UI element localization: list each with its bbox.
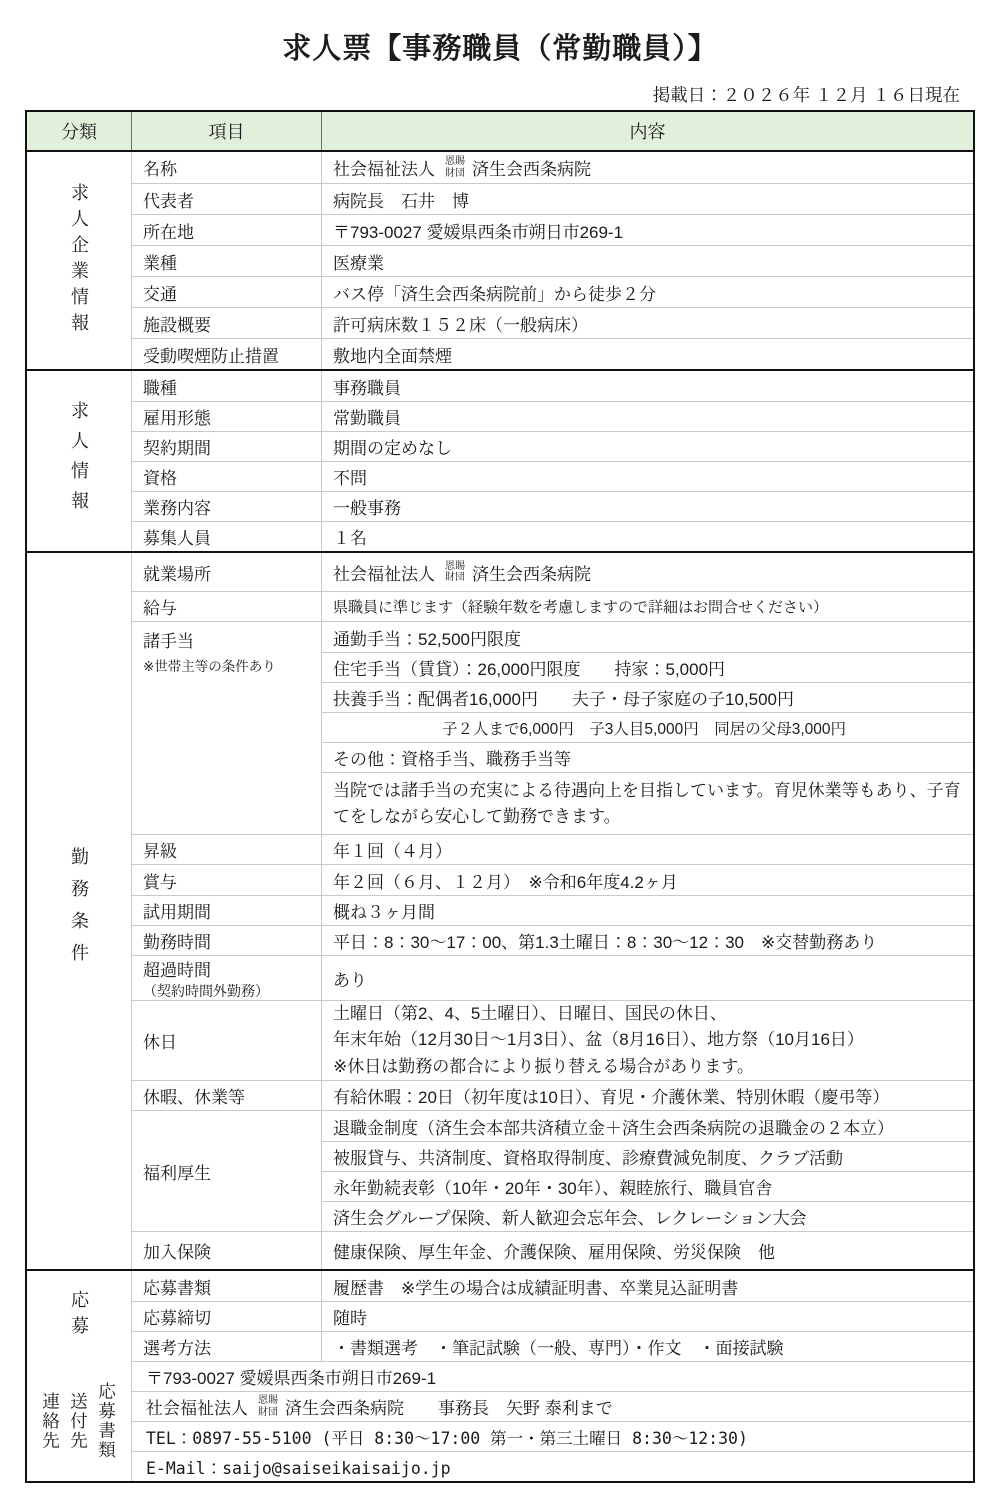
- table-row-contact-tel: TEL：0897-55-5100 (平日 8:30～17:00 第一・第三土曜日…: [132, 1421, 973, 1451]
- row-label: 福利厚生: [132, 1111, 322, 1231]
- table-row: 就業場所 社会福祉法人 恩賜 財団 済生会西条病院: [132, 553, 973, 591]
- table-row: 業務内容 一般事務: [132, 491, 973, 521]
- row-value: 常勤職員: [322, 402, 973, 431]
- row-label: 休暇、休業等: [132, 1081, 322, 1110]
- row-label: 就業場所: [132, 553, 322, 591]
- holidays-line2: 年末年始（12月30日～1月3日）、盆（8月16日）、地方祭（10月16日）: [333, 1027, 965, 1053]
- table-row-holidays: 休日 土曜日（第2、4、5土曜日）、日曜日、国民の休日、 年末年始（12月30日…: [132, 1000, 973, 1080]
- sub-row: 子２人まで6,000円 子3人目5,000円 同居の父母3,000円: [322, 712, 973, 742]
- row-label: 応募書類: [132, 1271, 322, 1301]
- sub-row: 住宅手当（賃貸）：26,000円限度 持家：5,000円: [322, 652, 973, 682]
- table-row: 業種 医療業: [132, 245, 973, 276]
- row-label: 代表者: [132, 184, 322, 214]
- table-row: 雇用形態 常勤職員: [132, 401, 973, 431]
- contact-person: 済生会西条病院 事務長 矢野 泰利まで: [285, 1394, 613, 1419]
- contact-organization: 社会福祉法人 恩賜 財団 済生会西条病院 事務長 矢野 泰利まで: [132, 1392, 973, 1421]
- sub-row: 退職金制度（済生会本部共済積立金＋済生会西条病院の退職金の２本立）: [322, 1111, 973, 1141]
- row-label: 雇用形態: [132, 402, 322, 431]
- row-value: 概ね３ヶ月間: [322, 896, 973, 925]
- table-row: 休暇、休業等 有給休暇：20日（初年度は10日）、育児・介護休業、特別休暇（慶弔…: [132, 1080, 973, 1110]
- allowances-label: 諸手当: [143, 627, 315, 652]
- contact-email: E-Mail：saijo@saiseikaisaijo.jp: [132, 1452, 973, 1481]
- table-row: 施設概要 許可病床数１５２床（一般病床）: [132, 307, 973, 338]
- table-row: 賞与 年２回（６月、１２月） ※令和6年度4.2ヶ月: [132, 864, 973, 895]
- vertical-label-sendto: 送付先: [67, 1392, 92, 1451]
- table-row: 資格 不問: [132, 461, 973, 491]
- sub-row: 被服貸与、共済制度、資格取得制度、診療費減免制度、クラブ活動: [322, 1141, 973, 1171]
- table-row: 名称 社会福祉法人 恩賜 財団 済生会西条病院: [132, 152, 973, 183]
- section-category-label: 勤務条件: [27, 553, 132, 1269]
- allowances-note: ※世帯主等の条件あり: [143, 655, 315, 675]
- table-row: 応募書類 履歴書 ※学生の場合は成績証明書、卒業見込証明書: [132, 1271, 973, 1301]
- table-row: 受動喫煙防止措置 敷地内全面禁煙: [132, 338, 973, 369]
- row-label: 募集人員: [132, 522, 322, 551]
- row-label: 応募締切: [132, 1302, 322, 1331]
- holidays-line3: ※休日は勤務の都合により振り替える場合があります。: [333, 1054, 965, 1080]
- table-row-contact-org: 社会福祉法人 恩賜 財団 済生会西条病院 事務長 矢野 泰利まで: [132, 1391, 973, 1421]
- section-job-info: 求人情報 職種 事務職員 雇用形態 常勤職員 契約期間 期間の定めなし 資格 不…: [27, 369, 973, 551]
- section-work-conditions: 勤務条件 就業場所 社会福祉法人 恩賜 財団 済生会西条病院 給与 県職員に準じ…: [27, 551, 973, 1269]
- table-row-allowances: 諸手当 ※世帯主等の条件あり 通勤手当：52,500円限度 住宅手当（賃貸）：2…: [132, 621, 973, 834]
- application-label-block: 応募: [27, 1271, 131, 1361]
- row-value: 随時: [322, 1302, 973, 1331]
- contact-label-block: 連絡先 送付先 応募書類: [27, 1361, 131, 1481]
- row-value: 一般事務: [322, 492, 973, 521]
- row-value: 病院長 石井 博: [322, 184, 973, 214]
- org-name-prefix: 社会福祉法人: [333, 155, 435, 180]
- job-posting-table: 分類 項目 内容 求人企業情報 名称 社会福祉法人 恩賜 財団 済生会西条病院: [25, 110, 975, 1483]
- row-label: 諸手当 ※世帯主等の条件あり: [132, 622, 322, 834]
- row-label: 受動喫煙防止措置: [132, 339, 322, 369]
- contact-address: 〒793-0027 愛媛県西条市朔日市269-1: [132, 1362, 973, 1391]
- row-value: バス停「済生会西条病院前」から徒歩２分: [322, 277, 973, 307]
- row-value: 健康保険、厚生年金、介護保険、雇用保険、労災保険 他: [322, 1232, 973, 1269]
- row-label: 交通: [132, 277, 322, 307]
- row-value: 事務職員: [322, 371, 973, 401]
- table-row: 試用期間 概ね３ヶ月間: [132, 895, 973, 925]
- row-value: 〒793-0027 愛媛県西条市朔日市269-1: [322, 215, 973, 245]
- sub-row: その他：資格手当、職務手当等: [322, 742, 973, 772]
- row-label: 選考方法: [132, 1332, 322, 1361]
- table-row: 昇級 年１回（４月）: [132, 834, 973, 864]
- holidays-line1: 土曜日（第2、4、5土曜日）、日曜日、国民の休日、: [333, 1001, 965, 1027]
- section-category-label: 求人企業情報: [27, 152, 132, 369]
- row-value: 年２回（６月、１２月） ※令和6年度4.2ヶ月: [322, 865, 973, 895]
- vertical-label: 勤務条件: [66, 847, 92, 975]
- row-value: 社会福祉法人 恩賜 財団 済生会西条病院: [322, 152, 973, 183]
- vertical-label: 求人情報: [66, 401, 92, 521]
- table-row-welfare: 福利厚生 退職金制度（済生会本部共済積立金＋済生会西条病院の退職金の２本立） 被…: [132, 1110, 973, 1231]
- row-label: 超過時間 （契約時間外勤務）: [132, 956, 322, 1000]
- row-label: 賞与: [132, 865, 322, 895]
- table-row: 職種 事務職員: [132, 371, 973, 401]
- row-value: 年１回（４月）: [322, 835, 973, 864]
- header-content: 内容: [322, 112, 973, 150]
- row-value: 許可病床数１５２床（一般病床）: [322, 308, 973, 338]
- sub-row: 永年勤続表彰（10年・20年・30年）、親睦旅行、職員官舎: [322, 1171, 973, 1201]
- section-company-info: 求人企業情報 名称 社会福祉法人 恩賜 財団 済生会西条病院 代表者 病院長 石…: [27, 150, 973, 369]
- table-row: 加入保険 健康保険、厚生年金、介護保険、雇用保険、労災保険 他: [132, 1231, 973, 1269]
- row-label: 所在地: [132, 215, 322, 245]
- row-label: 勤務時間: [132, 926, 322, 955]
- row-label: 資格: [132, 462, 322, 491]
- org-name-prefix: 社会福祉法人: [333, 560, 435, 585]
- table-row-overtime: 超過時間 （契約時間外勤務） あり: [132, 955, 973, 1000]
- org-name-prefix: 社会福祉法人: [146, 1394, 248, 1419]
- row-value: 社会福祉法人 恩賜 財団 済生会西条病院: [322, 553, 973, 591]
- table-row: 代表者 病院長 石井 博: [132, 183, 973, 214]
- row-label: 昇級: [132, 835, 322, 864]
- org-name-suffix: 済生会西条病院: [472, 155, 591, 180]
- row-label: 加入保険: [132, 1232, 322, 1269]
- org-small-top: 恩賜: [445, 156, 465, 168]
- org-small-stack: 恩賜 財団: [445, 156, 465, 179]
- org-small-top: 恩賜: [258, 1395, 278, 1407]
- row-label: 業務内容: [132, 492, 322, 521]
- row-value: 平日：8：30～17：00、第1.3土曜日：8：30～12：30 ※交替勤務あり: [322, 926, 973, 955]
- header-category: 分類: [27, 112, 132, 150]
- vertical-label: 応募: [66, 1290, 92, 1342]
- row-label: 給与: [132, 592, 322, 621]
- row-value: 敷地内全面禁煙: [322, 339, 973, 369]
- sub-row: 当院では諸手当の充実による待遇向上を目指しています。育児休業等もあり、子育てをし…: [322, 772, 973, 834]
- vertical-label: 求人企業情報: [66, 183, 92, 339]
- row-value: ・書類選考 ・筆記試験（一般、専門）・作文 ・面接試験: [322, 1332, 973, 1361]
- header-item: 項目: [132, 112, 322, 150]
- section-category-label: 求人情報: [27, 371, 132, 551]
- row-label: 名称: [132, 152, 322, 183]
- row-value: 履歴書 ※学生の場合は成績証明書、卒業見込証明書: [322, 1271, 973, 1301]
- table-header-row: 分類 項目 内容: [27, 112, 973, 150]
- section-application: 応募 連絡先 送付先 応募書類 応募書類 履歴書 ※学生の場合は成績証明書、卒業…: [27, 1269, 973, 1481]
- table-row: 契約期間 期間の定めなし: [132, 431, 973, 461]
- row-label: 休日: [132, 1001, 322, 1080]
- table-row: 交通 バス停「済生会西条病院前」から徒歩２分: [132, 276, 973, 307]
- overtime-label-line1: 超過時間: [143, 956, 315, 981]
- row-value: 不問: [322, 462, 973, 491]
- row-value: 土曜日（第2、4、5土曜日）、日曜日、国民の休日、 年末年始（12月30日～1月…: [322, 1001, 973, 1080]
- row-value: 期間の定めなし: [322, 432, 973, 461]
- publish-date: 掲載日：２０２６年 １２月 １６日現在: [25, 82, 960, 107]
- row-label: 施設概要: [132, 308, 322, 338]
- row-value: 県職員に準じます（経験年数を考慮しますので詳細はお問合せください）: [322, 592, 973, 621]
- section-category-label: 応募 連絡先 送付先 応募書類: [27, 1271, 132, 1481]
- row-label: 試用期間: [132, 896, 322, 925]
- sub-row: 扶養手当：配偶者16,000円 夫子・母子家庭の子10,500円: [322, 682, 973, 712]
- table-row: 募集人員 １名: [132, 521, 973, 551]
- org-small-bottom: 財団: [258, 1407, 278, 1419]
- table-row-contact-address: 〒793-0027 愛媛県西条市朔日市269-1: [132, 1361, 973, 1391]
- table-row: 所在地 〒793-0027 愛媛県西条市朔日市269-1: [132, 214, 973, 245]
- page-title: 求人票【事務職員（常勤職員）】: [0, 26, 1000, 67]
- org-small-bottom: 財団: [445, 168, 465, 180]
- row-value: あり: [322, 956, 973, 1000]
- org-small-stack: 恩賜 財団: [445, 561, 465, 584]
- row-value: 有給休暇：20日（初年度は10日）、育児・介護休業、特別休暇（慶弔等）: [322, 1081, 973, 1110]
- table-row: 勤務時間 平日：8：30～17：00、第1.3土曜日：8：30～12：30 ※交…: [132, 925, 973, 955]
- org-name-suffix: 済生会西条病院: [472, 560, 591, 585]
- table-row: 給与 県職員に準じます（経験年数を考慮しますので詳細はお問合せください）: [132, 591, 973, 621]
- row-value: 医療業: [322, 246, 973, 276]
- org-small-bottom: 財団: [445, 572, 465, 584]
- table-row: 応募締切 随時: [132, 1301, 973, 1331]
- row-label: 契約期間: [132, 432, 322, 461]
- table-row-contact-email: E-Mail：saijo@saiseikaisaijo.jp: [132, 1451, 973, 1481]
- vertical-label-contact: 連絡先: [39, 1392, 64, 1451]
- sub-row: 通勤手当：52,500円限度: [322, 622, 973, 652]
- org-small-stack: 恩賜 財団: [258, 1395, 278, 1418]
- overtime-label-line2: （契約時間外勤務）: [143, 981, 315, 1001]
- sub-row: 済生会グループ保険、新人歓迎会忘年会、レクレーション大会: [322, 1201, 973, 1231]
- contact-tel: TEL：0897-55-5100 (平日 8:30～17:00 第一・第三土曜日…: [132, 1422, 973, 1451]
- org-small-top: 恩賜: [445, 561, 465, 573]
- row-label: 職種: [132, 371, 322, 401]
- row-label: 業種: [132, 246, 322, 276]
- vertical-label-documents: 応募書類: [95, 1382, 120, 1460]
- table-row: 選考方法 ・書類選考 ・筆記試験（一般、専門）・作文 ・面接試験: [132, 1331, 973, 1361]
- row-value: １名: [322, 522, 973, 551]
